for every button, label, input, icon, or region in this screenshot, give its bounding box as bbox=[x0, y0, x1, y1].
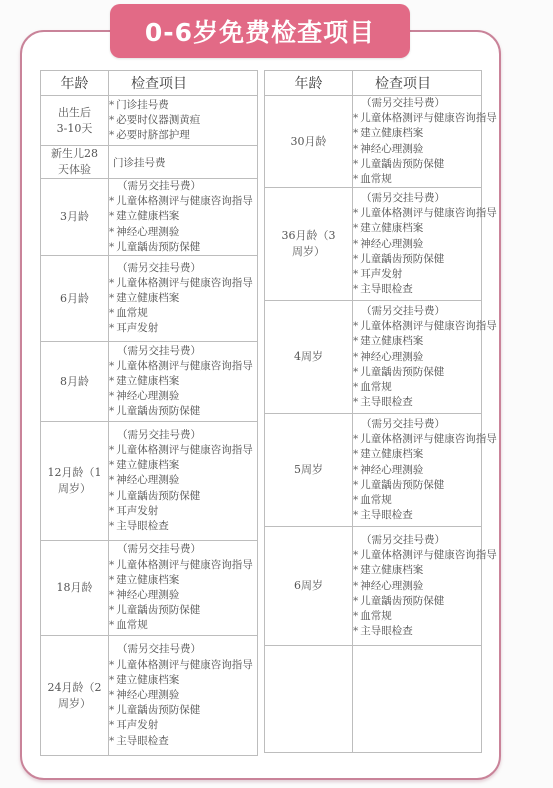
exam-item: 儿童龋齿预防保健 bbox=[109, 489, 257, 504]
exam-item: 血常规 bbox=[353, 380, 481, 395]
age-label-line: 周岁） bbox=[41, 696, 108, 712]
exam-item: 儿童体格测评与健康咨询指导 bbox=[109, 194, 257, 209]
items-cell: 门诊挂号费 bbox=[109, 146, 258, 179]
table-row: 6月龄（需另交挂号费）儿童体格测评与健康咨询指导建立健康档案血常规耳声发射 bbox=[41, 256, 258, 342]
exam-item: 主导眼检查 bbox=[353, 624, 481, 639]
exam-item: 儿童体格测评与健康咨询指导 bbox=[353, 319, 481, 334]
exam-item: 神经心理测验 bbox=[353, 237, 481, 252]
exam-item: 儿童龋齿预防保健 bbox=[109, 404, 257, 419]
fee-note: （需另交挂号费） bbox=[109, 344, 257, 359]
exam-item: 建立健康档案 bbox=[353, 447, 481, 462]
exam-item: 建立健康档案 bbox=[353, 334, 481, 349]
exam-item: 建立健康档案 bbox=[353, 221, 481, 236]
exam-item: 神经心理测验 bbox=[109, 225, 257, 240]
exam-item: 建立健康档案 bbox=[109, 374, 257, 389]
exam-item: 血常规 bbox=[109, 618, 257, 633]
items-cell: （需另交挂号费）儿童体格测评与健康咨询指导建立健康档案神经心理测验儿童龋齿预防保… bbox=[109, 541, 258, 636]
fee-note: （需另交挂号费） bbox=[353, 533, 481, 548]
exam-item: 主导眼检查 bbox=[353, 282, 481, 297]
exam-item: 建立健康档案 bbox=[109, 458, 257, 473]
age-label-line: 3月龄 bbox=[41, 209, 108, 225]
items-cell: （需另交挂号费）儿童体格测评与健康咨询指导建立健康档案神经心理测验儿童龋齿预防保… bbox=[353, 527, 482, 646]
table-row: 出生后3-10天门诊挂号费必要时仪器测黄疸必要时脐部护理 bbox=[41, 96, 258, 146]
fee-note: （需另交挂号费） bbox=[109, 179, 257, 194]
age-label-line: 18月龄 bbox=[41, 580, 108, 596]
items-cell: （需另交挂号费）儿童体格测评与健康咨询指导建立健康档案神经心理测验儿童龋齿预防保… bbox=[109, 636, 258, 756]
exam-item: 主导眼检查 bbox=[353, 395, 481, 410]
exam-item: 血常规 bbox=[353, 172, 481, 187]
exam-table-left: 年龄 检查项目 出生后3-10天门诊挂号费必要时仪器测黄疸必要时脐部护理新生儿2… bbox=[40, 70, 258, 756]
exam-item: 血常规 bbox=[353, 493, 481, 508]
age-label-line: 6月龄 bbox=[41, 291, 108, 307]
age-label-line: 6周岁 bbox=[265, 578, 352, 594]
exam-item: 建立健康档案 bbox=[109, 573, 257, 588]
age-cell: 30月龄 bbox=[265, 96, 353, 188]
column-header-age: 年龄 bbox=[265, 71, 353, 96]
age-cell: 3月龄 bbox=[41, 179, 109, 256]
fee-note: （需另交挂号费） bbox=[353, 417, 481, 432]
table-row: 新生儿28天体验门诊挂号费 bbox=[41, 146, 258, 179]
age-label-line: 8月龄 bbox=[41, 374, 108, 390]
exam-item: 儿童体格测评与健康咨询指导 bbox=[353, 111, 481, 126]
age-cell: 6月龄 bbox=[41, 256, 109, 342]
exam-item: 儿童体格测评与健康咨询指导 bbox=[109, 443, 257, 458]
page-title: 0-6岁免费检查项目 bbox=[110, 4, 410, 58]
age-label-line: 12月龄（1 bbox=[41, 465, 108, 481]
table-row: 8月龄（需另交挂号费）儿童体格测评与健康咨询指导建立健康档案神经心理测验儿童龋齿… bbox=[41, 342, 258, 422]
exam-item: 必要时仪器测黄疸 bbox=[109, 113, 257, 128]
age-label-line: 36月龄（3 bbox=[265, 228, 352, 244]
exam-item: 神经心理测验 bbox=[109, 389, 257, 404]
age-label-line: 出生后 bbox=[41, 105, 108, 121]
exam-item: 神经心理测验 bbox=[353, 142, 481, 157]
age-cell: 12月龄（1周岁） bbox=[41, 422, 109, 541]
exam-item: 主导眼检查 bbox=[109, 734, 257, 749]
exam-item: 儿童体格测评与健康咨询指导 bbox=[109, 276, 257, 291]
items-cell: 门诊挂号费必要时仪器测黄疸必要时脐部护理 bbox=[109, 96, 258, 146]
exam-item: 血常规 bbox=[353, 609, 481, 624]
exam-item: 儿童龋齿预防保健 bbox=[353, 478, 481, 493]
column-header-items: 检查项目 bbox=[353, 71, 482, 96]
table-header-row: 年龄 检查项目 bbox=[41, 71, 258, 96]
table-row bbox=[265, 646, 482, 753]
exam-item: 主导眼检查 bbox=[109, 519, 257, 534]
age-cell: 5周岁 bbox=[265, 414, 353, 527]
exam-item: 儿童体格测评与健康咨询指导 bbox=[109, 558, 257, 573]
fee-note: （需另交挂号费） bbox=[109, 542, 257, 557]
age-label-line: 周岁） bbox=[41, 481, 108, 497]
exam-item: 耳声发射 bbox=[109, 504, 257, 519]
fee-note: （需另交挂号费） bbox=[353, 96, 481, 111]
items-cell: （需另交挂号费）儿童体格测评与健康咨询指导建立健康档案神经心理测验儿童龋齿预防保… bbox=[353, 414, 482, 527]
items-cell: （需另交挂号费）儿童体格测评与健康咨询指导建立健康档案神经心理测验儿童龋齿预防保… bbox=[353, 301, 482, 414]
table-row: 12月龄（1周岁）（需另交挂号费）儿童体格测评与健康咨询指导建立健康档案神经心理… bbox=[41, 422, 258, 541]
exam-item: 儿童体格测评与健康咨询指导 bbox=[109, 658, 257, 673]
age-cell: 4周岁 bbox=[265, 301, 353, 414]
table-body-left: 出生后3-10天门诊挂号费必要时仪器测黄疸必要时脐部护理新生儿28天体验门诊挂号… bbox=[41, 96, 258, 756]
exam-item: 耳声发射 bbox=[109, 718, 257, 733]
exam-item: 建立健康档案 bbox=[109, 673, 257, 688]
exam-item: 儿童龋齿预防保健 bbox=[353, 594, 481, 609]
age-cell: 8月龄 bbox=[41, 342, 109, 422]
exam-item: 儿童龋齿预防保健 bbox=[353, 252, 481, 267]
exam-item: 门诊挂号费 bbox=[109, 98, 257, 113]
table-row: 30月龄（需另交挂号费）儿童体格测评与健康咨询指导建立健康档案神经心理测验儿童龋… bbox=[265, 96, 482, 188]
age-cell: 新生儿28天体验 bbox=[41, 146, 109, 179]
age-label-line: 周岁） bbox=[265, 244, 352, 260]
age-label-line: 30月龄 bbox=[265, 134, 352, 150]
age-cell: 18月龄 bbox=[41, 541, 109, 636]
exam-item: 儿童龋齿预防保健 bbox=[109, 240, 257, 255]
table-row: 18月龄（需另交挂号费）儿童体格测评与健康咨询指导建立健康档案神经心理测验儿童龋… bbox=[41, 541, 258, 636]
age-cell: 24月龄（2周岁） bbox=[41, 636, 109, 756]
exam-item: 主导眼检查 bbox=[353, 508, 481, 523]
exam-item: 耳声发射 bbox=[353, 267, 481, 282]
exam-item: 儿童体格测评与健康咨询指导 bbox=[353, 432, 481, 447]
fee-note: （需另交挂号费） bbox=[109, 642, 257, 657]
exam-item: 神经心理测验 bbox=[109, 688, 257, 703]
fee-note: （需另交挂号费） bbox=[109, 261, 257, 276]
age-label-line: 5周岁 bbox=[265, 462, 352, 478]
exam-item: 神经心理测验 bbox=[109, 588, 257, 603]
fee-note: （需另交挂号费） bbox=[353, 191, 481, 206]
exam-item: 耳声发射 bbox=[109, 321, 257, 336]
age-cell: 36月龄（3周岁） bbox=[265, 188, 353, 301]
exam-item: 儿童体格测评与健康咨询指导 bbox=[353, 206, 481, 221]
exam-item: 神经心理测验 bbox=[109, 473, 257, 488]
items-cell: （需另交挂号费）儿童体格测评与健康咨询指导建立健康档案血常规耳声发射 bbox=[109, 256, 258, 342]
age-label-line: 天体验 bbox=[41, 162, 108, 178]
exam-item: 神经心理测验 bbox=[353, 350, 481, 365]
items-cell bbox=[353, 646, 482, 753]
column-header-items: 检查项目 bbox=[109, 71, 258, 96]
table-body-right: 30月龄（需另交挂号费）儿童体格测评与健康咨询指导建立健康档案神经心理测验儿童龋… bbox=[265, 96, 482, 753]
table-row: 4周岁（需另交挂号费）儿童体格测评与健康咨询指导建立健康档案神经心理测验儿童龋齿… bbox=[265, 301, 482, 414]
age-cell bbox=[265, 646, 353, 753]
table-row: 6周岁（需另交挂号费）儿童体格测评与健康咨询指导建立健康档案神经心理测验儿童龋齿… bbox=[265, 527, 482, 646]
age-label-line: 新生儿28 bbox=[41, 146, 108, 162]
exam-item: 血常规 bbox=[109, 306, 257, 321]
exam-item: 儿童龋齿预防保健 bbox=[353, 157, 481, 172]
exam-item: 建立健康档案 bbox=[353, 126, 481, 141]
exam-item: 建立健康档案 bbox=[109, 209, 257, 224]
exam-item: 儿童体格测评与健康咨询指导 bbox=[353, 548, 481, 563]
exam-item: 儿童体格测评与健康咨询指导 bbox=[109, 359, 257, 374]
exam-item: 儿童龋齿预防保健 bbox=[109, 603, 257, 618]
column-header-age: 年龄 bbox=[41, 71, 109, 96]
exam-item: 建立健康档案 bbox=[353, 563, 481, 578]
exam-item: 神经心理测验 bbox=[353, 463, 481, 478]
table-row: 3月龄（需另交挂号费）儿童体格测评与健康咨询指导建立健康档案神经心理测验儿童龋齿… bbox=[41, 179, 258, 256]
exam-item: 门诊挂号费 bbox=[109, 155, 257, 170]
fee-note: （需另交挂号费） bbox=[109, 428, 257, 443]
table-row: 36月龄（3周岁）（需另交挂号费）儿童体格测评与健康咨询指导建立健康档案神经心理… bbox=[265, 188, 482, 301]
items-cell: （需另交挂号费）儿童体格测评与健康咨询指导建立健康档案神经心理测验儿童龋齿预防保… bbox=[353, 188, 482, 301]
exam-item: 神经心理测验 bbox=[353, 579, 481, 594]
exam-item: 儿童龋齿预防保健 bbox=[353, 365, 481, 380]
age-cell: 6周岁 bbox=[265, 527, 353, 646]
table-header-row: 年龄 检查项目 bbox=[265, 71, 482, 96]
exam-item: 建立健康档案 bbox=[109, 291, 257, 306]
table-row: 5周岁（需另交挂号费）儿童体格测评与健康咨询指导建立健康档案神经心理测验儿童龋齿… bbox=[265, 414, 482, 527]
age-cell: 出生后3-10天 bbox=[41, 96, 109, 146]
age-label-line: 3-10天 bbox=[41, 121, 108, 137]
exam-item: 儿童龋齿预防保健 bbox=[109, 703, 257, 718]
items-cell: （需另交挂号费）儿童体格测评与健康咨询指导建立健康档案神经心理测验儿童龋齿预防保… bbox=[109, 422, 258, 541]
items-cell: （需另交挂号费）儿童体格测评与健康咨询指导建立健康档案神经心理测验儿童龋齿预防保… bbox=[109, 342, 258, 422]
table-row: 24月龄（2周岁）（需另交挂号费）儿童体格测评与健康咨询指导建立健康档案神经心理… bbox=[41, 636, 258, 756]
fee-note: （需另交挂号费） bbox=[353, 304, 481, 319]
exam-item: 必要时脐部护理 bbox=[109, 128, 257, 143]
items-cell: （需另交挂号费）儿童体格测评与健康咨询指导建立健康档案神经心理测验儿童龋齿预防保… bbox=[353, 96, 482, 188]
items-cell: （需另交挂号费）儿童体格测评与健康咨询指导建立健康档案神经心理测验儿童龋齿预防保… bbox=[109, 179, 258, 256]
exam-table-right: 年龄 检查项目 30月龄（需另交挂号费）儿童体格测评与健康咨询指导建立健康档案神… bbox=[264, 70, 482, 753]
age-label-line: 24月龄（2 bbox=[41, 680, 108, 696]
age-label-line: 4周岁 bbox=[265, 349, 352, 365]
